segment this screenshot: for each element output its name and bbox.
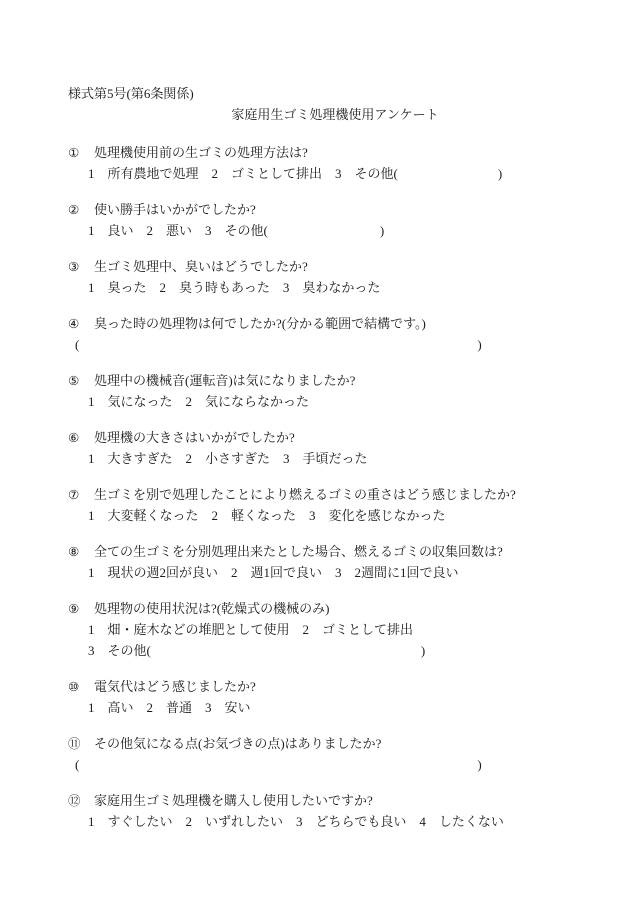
question-line: ③生ゴミ処理中、臭いはどうでしたか? [68,256,590,277]
question-line: ④臭った時の処理物は何でしたか?(分かる範囲で結構です。) [68,313,590,334]
question-number: ③ [68,256,94,277]
question-text: 処理中の機械音(運転音)は気になりましたか? [94,373,355,388]
question-number: ④ [68,313,94,334]
question-block: ⑫家庭用生ゴミ処理機を購入し使用したいですか?1 すぐしたい 2 いずれしたい … [68,790,590,832]
option-text: 1 現状の週2回が良い 2 週1回で良い 3 2週間に1回で良い [88,565,459,580]
option-text: 1 すぐしたい 2 いずれしたい 3 どちらでも良い 4 したくない [88,814,504,829]
question-line: ⑦生ゴミを別で処理したことにより燃えるゴミの重さはどう感じましたか? [68,484,590,505]
question-block: ④臭った時の処理物は何でしたか?(分かる範囲で結構です。)() [68,313,590,355]
question-line: ⑥処理機の大きさはいかがでしたか? [68,427,590,448]
question-text: その他気になる点(お気づきの点)はありましたか? [94,736,381,751]
option-text: ( [75,337,79,352]
option-row: 1 高い 2 普通 3 安い [68,697,590,718]
question-number: ⑩ [68,676,94,697]
question-line: ⑩電気代はどう感じましたか? [68,676,590,697]
question-number: ① [68,142,94,163]
option-row: 1 大変軽くなった 2 軽くなった 3 変化を感じなかった [68,505,590,526]
question-line: ⑪その他気になる点(お気づきの点)はありましたか? [68,733,590,754]
question-block: ⑤処理中の機械音(運転音)は気になりましたか?1 気になった 2 気にならなかっ… [68,370,590,412]
question-line: ⑧全ての生ゴミを分別処理出来たとした場合、燃えるゴミの収集回数は? [68,541,590,562]
option-text: ) [421,643,425,658]
document-title: 家庭用生ゴミ処理機使用アンケート [80,104,590,125]
option-text: 3 その他( [88,643,151,658]
form-number-label: 様式第5号(第6条関係) [68,83,590,104]
option-row: 1 大きすぎた 2 小さすぎた 3 手頃だった [68,448,590,469]
option-text: 1 気になった 2 気にならなかった [88,394,309,409]
question-number: ⑨ [68,598,94,619]
question-block: ⑧全ての生ゴミを分別処理出来たとした場合、燃えるゴミの収集回数は?1 現状の週2… [68,541,590,583]
option-text: 1 臭った 2 臭う時もあった 3 臭わなかった [88,280,380,295]
question-number: ⑤ [68,370,94,391]
question-text: 生ゴミを別で処理したことにより燃えるゴミの重さはどう感じましたか? [94,487,516,502]
option-row: () [68,754,590,775]
question-block: ①処理機使用前の生ゴミの処理方法は?1 所有農地で処理 2 ゴミとして排出 3 … [68,142,590,184]
question-block: ⑦生ゴミを別で処理したことにより燃えるゴミの重さはどう感じましたか?1 大変軽く… [68,484,590,526]
document-page: 様式第5号(第6条関係) 家庭用生ゴミ処理機使用アンケート ①処理機使用前の生ゴ… [0,0,630,915]
question-block: ⑨処理物の使用状況は?(乾燥式の機械のみ)1 畑・庭木などの堆肥として使用 2 … [68,598,590,661]
answer-blank [79,348,477,349]
option-row: 1 現状の週2回が良い 2 週1回で良い 3 2週間に1回で良い [68,562,590,583]
question-block: ⑪その他気になる点(お気づきの点)はありましたか?() [68,733,590,775]
answer-blank [151,654,421,655]
option-text: 1 所有農地で処理 2 ゴミとして排出 3 その他( [88,166,398,181]
question-block: ③生ゴミ処理中、臭いはどうでしたか?1 臭った 2 臭う時もあった 3 臭わなか… [68,256,590,298]
option-text: ) [477,337,481,352]
question-number: ⑫ [68,790,94,811]
option-row: 1 すぐしたい 2 いずれしたい 3 どちらでも良い 4 したくない [68,811,590,832]
answer-blank [398,177,498,178]
question-number: ⑧ [68,541,94,562]
option-row: 1 畑・庭木などの堆肥として使用 2 ゴミとして排出 [68,619,590,640]
question-text: 処理機の大きさはいかがでしたか? [94,430,295,445]
option-text: 1 高い 2 普通 3 安い [88,700,251,715]
answer-blank [79,768,477,769]
option-text: ) [498,166,502,181]
question-line: ⑨処理物の使用状況は?(乾燥式の機械のみ) [68,598,590,619]
question-text: 家庭用生ゴミ処理機を購入し使用したいですか? [94,793,373,808]
question-text: 処理機使用前の生ゴミの処理方法は? [94,145,308,160]
question-text: 生ゴミ処理中、臭いはどうでしたか? [94,259,308,274]
question-line: ⑤処理中の機械音(運転音)は気になりましたか? [68,370,590,391]
question-block: ⑥処理機の大きさはいかがでしたか?1 大きすぎた 2 小さすぎた 3 手頃だった [68,427,590,469]
option-text: ( [75,757,79,772]
option-text: 1 畑・庭木などの堆肥として使用 2 ゴミとして排出 [88,622,413,637]
option-row: 3 その他() [68,640,590,661]
question-number: ⑪ [68,733,94,754]
question-block: ⑩電気代はどう感じましたか?1 高い 2 普通 3 安い [68,676,590,718]
question-text: 使い勝手はいかがでしたか? [94,202,256,217]
option-text: 1 大変軽くなった 2 軽くなった 3 変化を感じなかった [88,508,446,523]
question-line: ②使い勝手はいかがでしたか? [68,199,590,220]
question-line: ⑫家庭用生ゴミ処理機を購入し使用したいですか? [68,790,590,811]
questionnaire-body: ①処理機使用前の生ゴミの処理方法は?1 所有農地で処理 2 ゴミとして排出 3 … [68,142,590,832]
question-line: ①処理機使用前の生ゴミの処理方法は? [68,142,590,163]
answer-blank [268,234,380,235]
question-text: 電気代はどう感じましたか? [94,679,256,694]
option-row: 1 良い 2 悪い 3 その他() [68,220,590,241]
question-number: ⑦ [68,484,94,505]
option-row: 1 気になった 2 気にならなかった [68,391,590,412]
question-text: 臭った時の処理物は何でしたか?(分かる範囲で結構です。) [94,316,426,331]
option-row: 1 所有農地で処理 2 ゴミとして排出 3 その他() [68,163,590,184]
question-block: ②使い勝手はいかがでしたか?1 良い 2 悪い 3 その他() [68,199,590,241]
question-text: 全ての生ゴミを分別処理出来たとした場合、燃えるゴミの収集回数は? [94,544,503,559]
option-text: ) [380,223,384,238]
question-number: ② [68,199,94,220]
question-text: 処理物の使用状況は?(乾燥式の機械のみ) [94,601,329,616]
option-row: 1 臭った 2 臭う時もあった 3 臭わなかった [68,277,590,298]
option-text: 1 良い 2 悪い 3 その他( [88,223,268,238]
option-text: ) [477,757,481,772]
option-text: 1 大きすぎた 2 小さすぎた 3 手頃だった [88,451,368,466]
question-number: ⑥ [68,427,94,448]
option-row: () [68,334,590,355]
